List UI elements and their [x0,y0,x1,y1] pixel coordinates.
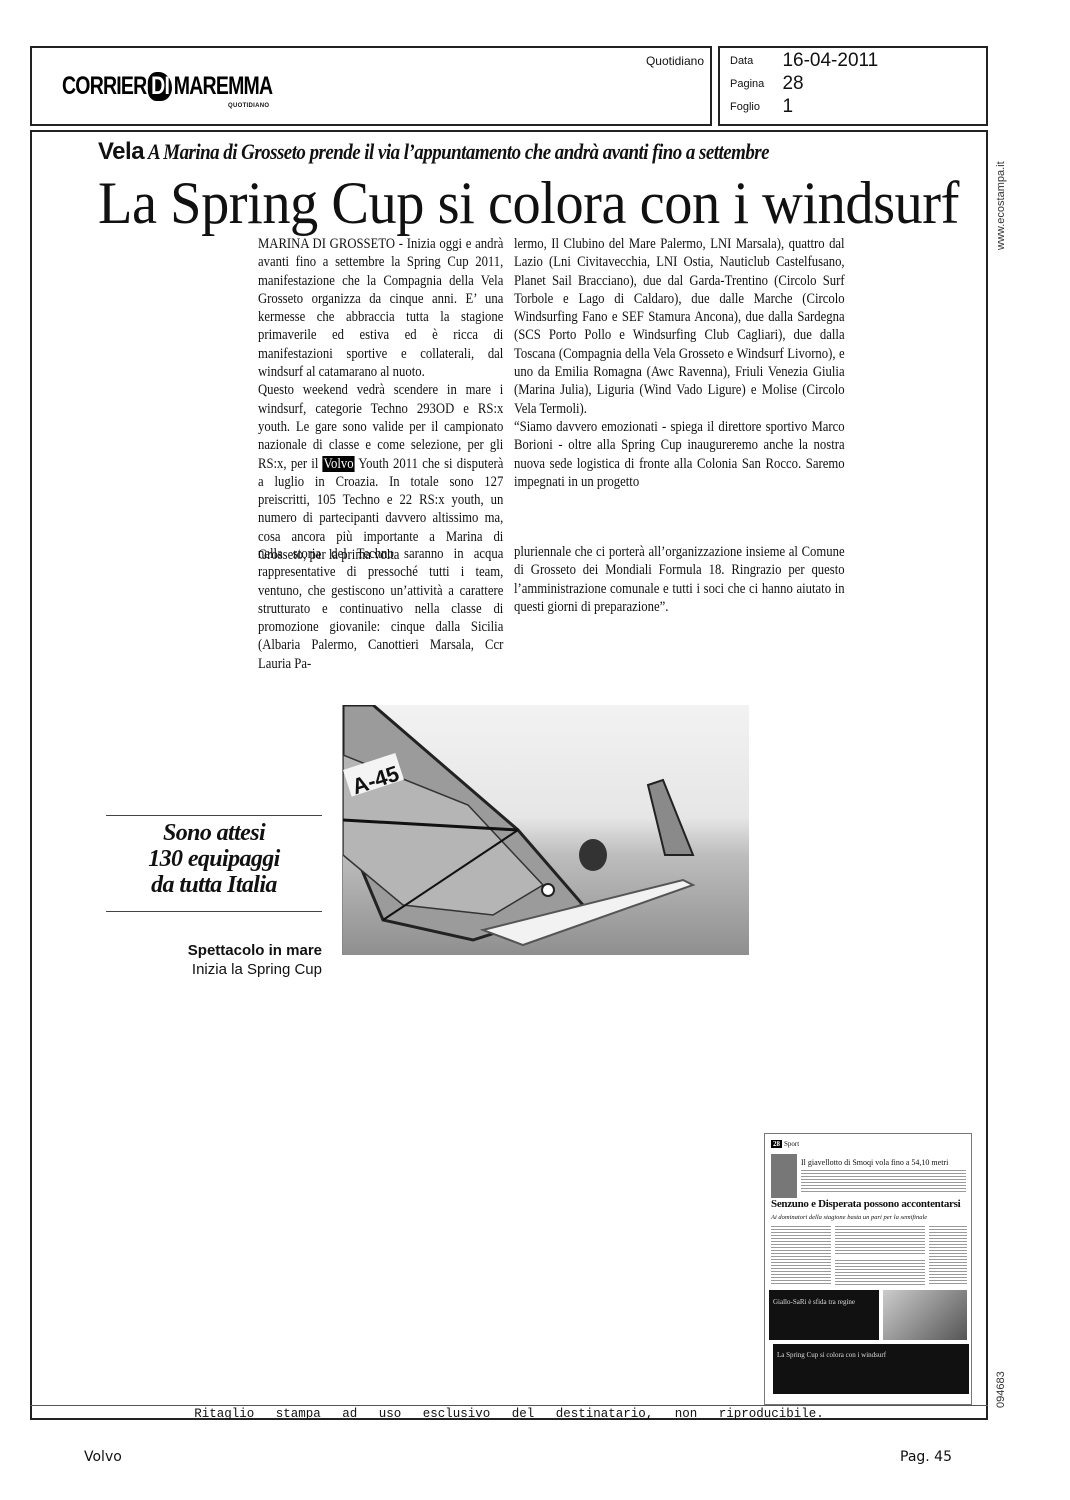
windsurf-photo: A-45 [342,705,749,955]
photo-caption-title: Spettacolo in mare [106,942,322,959]
kicker-text: A Marina di Grosseto prende il via l’app… [148,139,769,165]
client-name: Volvo [84,1449,122,1465]
thumbnail-image [883,1290,967,1340]
paragraph: nella storia del Techno saranno in acqua… [258,545,503,673]
thumbnail-headline: Il giavellotto di Smoqi vola fino a 54,1… [801,1158,948,1167]
meta-date-label: Data [730,55,778,67]
meta-page: Pagina 28 [730,73,804,95]
section-label: Vela [98,138,144,165]
thumbnail-box-title: La Spring Cup si colora con i windsurf [777,1351,886,1359]
thumbnail-text-block [771,1226,831,1286]
side-code: 094683 [995,1371,1007,1408]
article-kicker: Vela A Marina di Grosseto prende il via … [98,138,978,166]
pull-quote-line: da tutta Italia [106,872,322,898]
thumbnail-text-block [801,1170,966,1192]
meta-date: Data 16-04-2011 [730,50,878,72]
thumbnail-text-block [835,1226,925,1256]
thumbnail-dark-box: Giallo-SaRi è sfida tra regine [769,1290,879,1340]
article-column-1b: nella storia del Techno saranno in acqua… [258,545,503,673]
side-url: www.ecostampa.it [995,161,1007,250]
thumbnail-text-block [835,1260,925,1286]
meta-sheet-value: 1 [782,96,793,117]
paragraph: pluriennale che ci porterà all’organizza… [514,543,845,616]
thumbnail-subheadline: Ai dominatori della stagione basta un pa… [771,1214,927,1221]
pull-quote-line: 130 equipaggi [106,846,322,872]
meta-page-value: 28 [782,73,803,94]
disclaimer: Ritaglio stampa ad uso esclusivo del des… [30,1405,988,1422]
windsurf-illustration-icon: A-45 [343,705,749,955]
meta-sheet: Foglio 1 [730,96,793,118]
paragraph: Questo weekend vedrà scendere in mare i … [258,381,503,564]
pull-quote-rule-top [106,815,322,816]
paragraph: lermo, Il Clubino del Mare Palermo, LNI … [514,235,845,418]
pull-quote-line: Sono attesi [106,820,322,846]
photo-caption-subtitle: Inizia la Spring Cup [106,961,322,978]
logo-text-right: MAREMMA [174,72,273,100]
meta-sheet-label: Foglio [730,101,778,113]
thumbnail-section: 28Sport [771,1140,799,1148]
article-column-2b: pluriennale che ci porterà all’organizza… [514,543,845,616]
article-headline: La Spring Cup si colora con i windsurf [98,168,925,238]
pull-quote: Sono attesi 130 equipaggi da tutta Itali… [106,820,322,898]
paragraph: “Siamo davvero emozionati - spiega il di… [514,418,845,491]
thumbnail-headline: Senzuno e Disperata possono accontentars… [771,1198,960,1210]
pull-quote-rule-bottom [106,911,322,912]
page-thumbnail: 28Sport Il giavellotto di Smoqi vola fin… [764,1133,972,1405]
logo-text-left: CORRIER [62,72,146,100]
article-column-1a: MARINA DI GROSSETO - Inizia oggi e andrà… [258,235,503,564]
thumbnail-image [771,1154,797,1198]
newspaper-logo: CORRIERDIMAREMMA [62,72,272,101]
publication-type: Quotidiano [646,54,704,68]
masthead-box: CORRIERDIMAREMMA QUOTIDIANO Quotidiano [30,46,712,126]
issue-meta-box: Data 16-04-2011 Pagina 28 Foglio 1 [718,46,988,126]
article-column-2a: lermo, Il Clubino del Mare Palermo, LNI … [514,235,845,491]
thumbnail-section-label: Sport [784,1140,799,1148]
logo-subtitle: QUOTIDIANO [228,103,269,109]
thumbnail-dark-box: La Spring Cup si colora con i windsurf [773,1344,969,1394]
meta-page-label: Pagina [730,78,778,90]
highlighted-keyword: Volvo [323,456,355,472]
page-number: Pag. 45 [900,1449,952,1465]
meta-date-value: 16-04-2011 [782,50,878,71]
logo-map-icon: DI [148,72,172,101]
thumbnail-box-title: Giallo-SaRi è sfida tra regine [773,1298,855,1306]
paragraph: MARINA DI GROSSETO - Inizia oggi e andrà… [258,235,503,381]
thumbnail-text-block [929,1226,967,1286]
